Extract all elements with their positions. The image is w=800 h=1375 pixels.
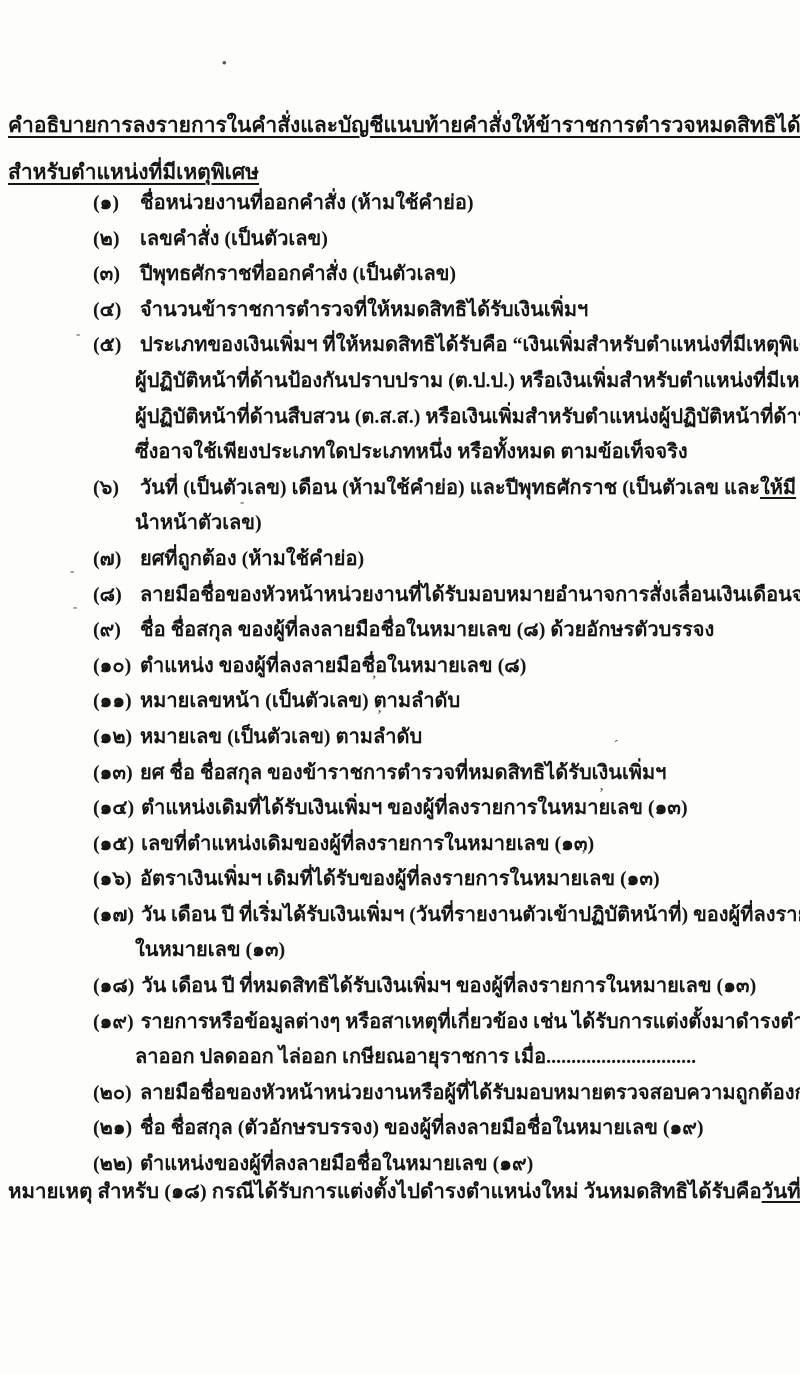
item-number: (๖) — [93, 471, 133, 507]
item-line: (๑)ชื่อหน่วยงานที่ออกคำสั่ง (ห้ามใช้คำย่… — [93, 186, 794, 222]
item-text: ตำแหน่ง ของผู้ที่ลงลายมือชื่อในหมายเลข (… — [140, 655, 526, 677]
list-item: (๗)ยศที่ถูกต้อง (ห้ามใช้คำย่อ) — [93, 542, 794, 578]
list-item: (๑๗)วัน เดือน ปี ที่เริ่มได้รับเงินเพิ่ม… — [93, 898, 794, 969]
item-text: ยศ ชื่อ ชื่อสกุล ของข้าราชการตำรวจที่หมด… — [140, 762, 666, 784]
item-number: (๑๒) — [93, 720, 133, 756]
scan-artifact-mark: - — [73, 599, 77, 615]
item-text: ประเภทของเงินเพิ่มฯ ที่ให้หมดสิทธิได้รับ… — [140, 334, 800, 356]
list-item: (๓)ปีพุทธศักราชที่ออกคำสั่ง (เป็นตัวเลข) — [93, 257, 794, 293]
list-item: (๑)ชื่อหน่วยงานที่ออกคำสั่ง (ห้ามใช้คำย่… — [93, 186, 794, 222]
item-text: เลขคำสั่ง (เป็นตัวเลข) — [140, 228, 328, 250]
item-text: รายการหรือข้อมูลต่างๆ หรือสาเหตุที่เกี่ย… — [141, 1011, 800, 1033]
item-line: (๘)ลายมือชื่อของหัวหน้าหน่วยงานที่ได้รับ… — [93, 578, 794, 614]
document-title: คำอธิบายการลงรายการในคำสั่งและบัญชีแนบท้… — [8, 102, 792, 196]
list-item: (๔)จำนวนข้าราชการตำรวจที่ให้หมดสิทธิได้ร… — [93, 293, 794, 329]
item-line: (๑๖)อัตราเงินเพิ่มฯ เดิมที่ได้รับของผู้ท… — [93, 862, 794, 898]
item-text: ตำแหน่งเดิมที่ได้รับเงินเพิ่มฯ ของผู้ที่… — [141, 797, 687, 819]
item-text: วัน เดือน ปี ที่หมดสิทธิได้รับเงินเพิ่มฯ… — [141, 975, 756, 997]
item-text: ยศที่ถูกต้อง (ห้ามใช้คำย่อ) — [140, 548, 364, 570]
list-item: (๑๐)ตำแหน่ง ของผู้ที่ลงลายมือชื่อในหมายเ… — [93, 649, 794, 685]
item-text: ปีพุทธศักราชที่ออกคำสั่ง (เป็นตัวเลข) — [140, 263, 456, 285]
item-line: (๑๕)เลขที่ตำแหน่งเดิมของผู้ที่ลงรายการใน… — [93, 827, 794, 863]
item-number: (๔) — [93, 293, 133, 329]
item-text: ชื่อหน่วยงานที่ออกคำสั่ง (ห้ามใช้คำย่อ) — [140, 192, 474, 214]
item-line: (๒๐)ลายมือชื่อของหัวหน้าหน่วยงานหรือผู้ท… — [93, 1076, 794, 1112]
item-text: ลายมือชื่อของหัวหน้าหน่วยงานที่ได้รับมอบ… — [140, 584, 800, 606]
list-item: (๑๓)ยศ ชื่อ ชื่อสกุล ของข้าราชการตำรวจที… — [93, 756, 794, 792]
item-number: (๑๘) — [93, 969, 134, 1005]
item-number: (๑๔) — [93, 791, 134, 827]
item-line: (๑๑)หมายเลขหน้า (เป็นตัวเลข) ตามลำดับ — [93, 684, 794, 720]
item-number: (๑๓) — [93, 756, 133, 792]
underlined-text: วันที่คำสั่งแต่งตั้งมีผล — [762, 1181, 800, 1203]
item-number: (๕) — [93, 328, 133, 364]
item-text: เลขที่ตำแหน่งเดิมของผู้ที่ลงรายการในหมาย… — [141, 833, 594, 855]
item-text: อัตราเงินเพิ่มฯ เดิมที่ได้รับของผู้ที่ลง… — [140, 868, 660, 890]
item-continuation-line: ซึ่งอาจใช้เพียงประเภทใดประเภทหนึ่ง หรือท… — [135, 435, 794, 471]
item-number: (๒๐) — [93, 1076, 133, 1112]
item-line: (๑๒)หมายเลข (เป็นตัวเลข) ตามลำดับ — [93, 720, 794, 756]
item-text: ในหมายเลข (๑๓) — [135, 939, 285, 961]
item-number: (๑๙) — [93, 1005, 134, 1041]
item-continuation-line: ผู้ปฏิบัติหน้าที่ด้านสืบสวน (ต.ส.ส.) หรื… — [135, 400, 794, 436]
item-line: (๕)ประเภทของเงินเพิ่มฯ ที่ให้หมดสิทธิได้… — [93, 328, 794, 364]
item-text: ลาออก ปลดออก ไล่ออก เกษียณอายุราชการ เมื… — [135, 1046, 696, 1068]
item-line: (๑๔)ตำแหน่งเดิมที่ได้รับเงินเพิ่มฯ ของผู… — [93, 791, 794, 827]
item-line: (๑๘)วัน เดือน ปี ที่หมดสิทธิได้รับเงินเพ… — [93, 969, 794, 1005]
item-number: (๑๑) — [93, 684, 133, 720]
item-line: (๗)ยศที่ถูกต้อง (ห้ามใช้คำย่อ) — [93, 542, 794, 578]
list-item: (๕)ประเภทของเงินเพิ่มฯ ที่ให้หมดสิทธิได้… — [93, 328, 794, 470]
item-text: วันที่ (เป็นตัวเลข) เดือน (ห้ามใช้คำย่อ)… — [140, 477, 760, 499]
list-item: (๑๔)ตำแหน่งเดิมที่ได้รับเงินเพิ่มฯ ของผู… — [93, 791, 794, 827]
list-item: (๑๒)หมายเลข (เป็นตัวเลข) ตามลำดับ — [93, 720, 794, 756]
list-item: (๘)ลายมือชื่อของหัวหน้าหน่วยงานที่ได้รับ… — [93, 578, 794, 614]
list-item: (๑๕)เลขที่ตำแหน่งเดิมของผู้ที่ลงรายการใน… — [93, 827, 794, 863]
item-number: (๑๗) — [93, 898, 134, 934]
list-item: (๑๖)อัตราเงินเพิ่มฯ เดิมที่ได้รับของผู้ท… — [93, 862, 794, 898]
item-text: นำหน้าตัวเลข) — [135, 512, 262, 534]
list-item: (๖)วันที่ (เป็นตัวเลข) เดือน (ห้ามใช้คำย… — [93, 471, 794, 542]
item-text: วัน เดือน ปี ที่เริ่มได้รับเงินเพิ่มฯ (ว… — [141, 904, 800, 926]
item-continuation-line: ในหมายเลข (๑๓) — [135, 933, 794, 969]
item-text: ลายมือชื่อของหัวหน้าหน่วยงานหรือผู้ที่ได… — [140, 1082, 800, 1104]
list-item: (๒๐)ลายมือชื่อของหัวหน้าหน่วยงานหรือผู้ท… — [93, 1076, 794, 1112]
item-text: ซึ่งอาจใช้เพียงประเภทใดประเภทหนึ่ง หรือท… — [135, 441, 688, 463]
item-text: ตำแหน่งของผู้ที่ลงลายมือชื่อในหมายเลข (๑… — [140, 1153, 533, 1175]
item-line: (๑๗)วัน เดือน ปี ที่เริ่มได้รับเงินเพิ่ม… — [93, 898, 794, 934]
item-number: (๘) — [93, 578, 133, 614]
item-text: หมายเลข (เป็นตัวเลข) ตามลำดับ — [140, 726, 422, 748]
item-line: (๙)ชื่อ ชื่อสกุล ของผู้ที่ลงลายมือชื่อใน… — [93, 613, 794, 649]
list-item: (๒๑)ชื่อ ชื่อสกุล (ตัวอักษรบรรจง) ของผู้… — [93, 1111, 794, 1147]
underlined-text: ให้มี — [760, 477, 796, 499]
item-line: (๑๓)ยศ ชื่อ ชื่อสกุล ของข้าราชการตำรวจที… — [93, 756, 794, 792]
item-continuation-line: ผู้ปฏิบัติหน้าที่ด้านป้องกันปราบปราม (ต.… — [135, 364, 794, 400]
list-item: (๑๑)หมายเลขหน้า (เป็นตัวเลข) ตามลำดับ — [93, 684, 794, 720]
item-number: (๓) — [93, 257, 133, 293]
item-line: (๒๑)ชื่อ ชื่อสกุล (ตัวอักษรบรรจง) ของผู้… — [93, 1111, 794, 1147]
list-item: (๑๘)วัน เดือน ปี ที่หมดสิทธิได้รับเงินเพ… — [93, 969, 794, 1005]
item-line: (๔)จำนวนข้าราชการตำรวจที่ให้หมดสิทธิได้ร… — [93, 293, 794, 329]
list-item: (๒)เลขคำสั่ง (เป็นตัวเลข) — [93, 222, 794, 258]
item-text: ผู้ปฏิบัติหน้าที่ด้านสืบสวน (ต.ส.ส.) หรื… — [135, 406, 800, 428]
item-line: (๖)วันที่ (เป็นตัวเลข) เดือน (ห้ามใช้คำย… — [93, 471, 794, 507]
item-number: (๙) — [93, 613, 133, 649]
item-text: ผู้ปฏิบัติหน้าที่ด้านป้องกันปราบปราม (ต.… — [135, 370, 800, 392]
title-line-1: คำอธิบายการลงรายการในคำสั่งและบัญชีแนบท้… — [8, 102, 792, 149]
item-text: ชื่อ ชื่อสกุล ของผู้ที่ลงลายมือชื่อในหมา… — [140, 619, 714, 641]
document-page: คำอธิบายการลงรายการในคำสั่งและบัญชีแนบท้… — [0, 0, 800, 1375]
item-number: (๑๕) — [93, 827, 134, 863]
item-line: (๒)เลขคำสั่ง (เป็นตัวเลข) — [93, 222, 794, 258]
item-continuation-line: ลาออก ปลดออก ไล่ออก เกษียณอายุราชการ เมื… — [135, 1040, 794, 1076]
item-continuation-line: นำหน้าตัวเลข) — [135, 506, 794, 542]
item-number: (๒) — [93, 222, 133, 258]
footnote-text: หมายเหตุ สำหรับ (๑๘) กรณีได้รับการแต่งตั… — [8, 1181, 762, 1203]
footnote: หมายเหตุ สำหรับ (๑๘) กรณีได้รับการแต่งตั… — [8, 1175, 794, 1209]
item-number: (๑) — [93, 186, 133, 222]
item-text: หมายเลขหน้า (เป็นตัวเลข) ตามลำดับ — [140, 690, 460, 712]
item-list: (๑)ชื่อหน่วยงานที่ออกคำสั่ง (ห้ามใช้คำย่… — [93, 186, 794, 1183]
scan-artifact-mark: • — [222, 55, 227, 71]
item-number: (๒๑) — [93, 1111, 133, 1147]
item-line: (๑๙)รายการหรือข้อมูลต่างๆ หรือสาเหตุที่เ… — [93, 1005, 794, 1041]
item-number: (๗) — [93, 542, 133, 578]
item-text: ชื่อ ชื่อสกุล (ตัวอักษรบรรจง) ของผู้ที่ล… — [140, 1117, 704, 1139]
item-text: จำนวนข้าราชการตำรวจที่ให้หมดสิทธิได้รับเ… — [140, 299, 588, 321]
item-number: (๑๖) — [93, 862, 133, 898]
item-line: (๓)ปีพุทธศักราชที่ออกคำสั่ง (เป็นตัวเลข) — [93, 257, 794, 293]
list-item: (๙)ชื่อ ชื่อสกุล ของผู้ที่ลงลายมือชื่อใน… — [93, 613, 794, 649]
scan-artifact-mark: - — [76, 326, 80, 342]
item-text: คำว่า พ.ศ. — [796, 477, 800, 499]
list-item: (๑๙)รายการหรือข้อมูลต่างๆ หรือสาเหตุที่เ… — [93, 1005, 794, 1076]
item-line: (๑๐)ตำแหน่ง ของผู้ที่ลงลายมือชื่อในหมายเ… — [93, 649, 794, 685]
item-number: (๑๐) — [93, 649, 133, 685]
scan-artifact-mark: - — [70, 563, 74, 579]
